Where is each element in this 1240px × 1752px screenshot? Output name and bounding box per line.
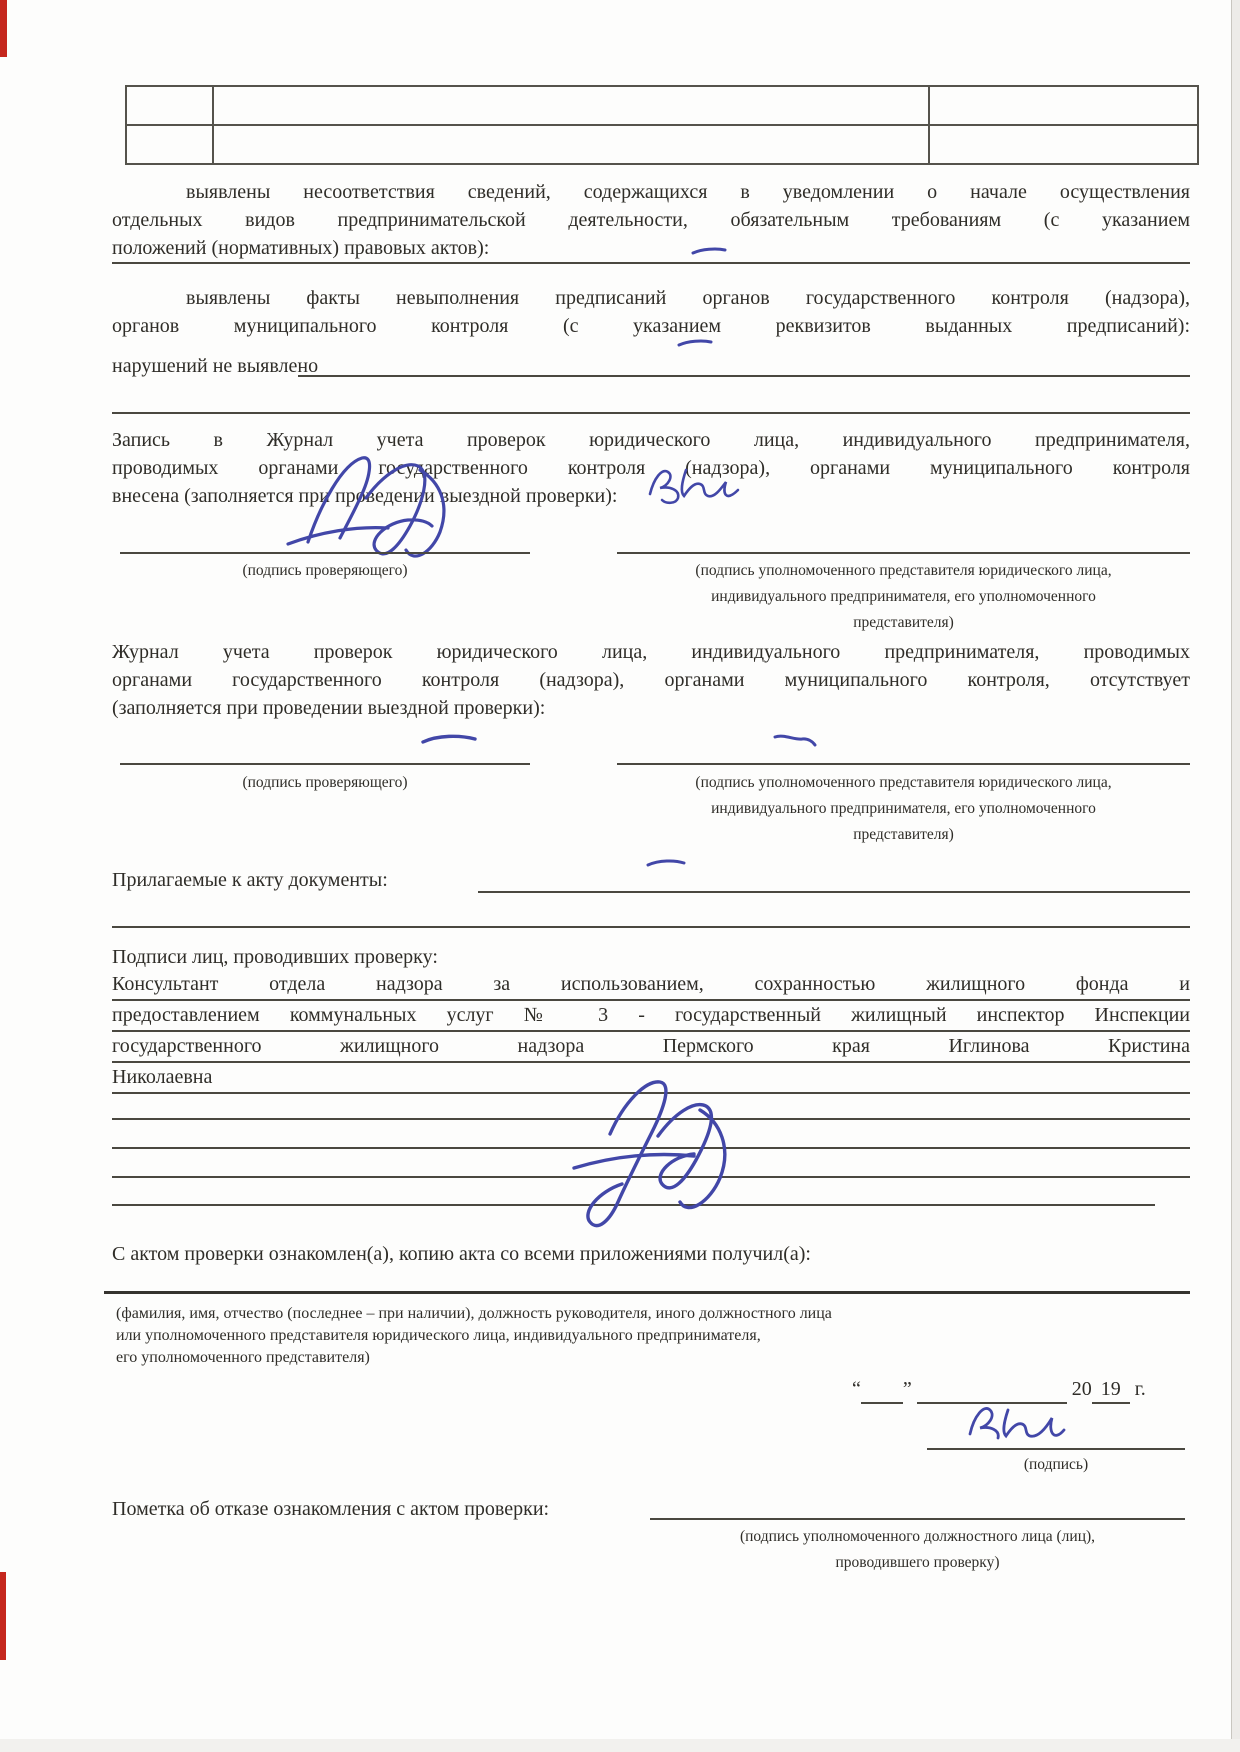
fio-rule-line	[104, 1291, 1190, 1294]
red-edge-mark-bottom	[0, 1572, 7, 1662]
year-value: 19	[1092, 1378, 1130, 1404]
acquainted-line: С актом проверки ознакомлен(а), копию ак…	[112, 1240, 811, 1268]
inspector-signature-caption: (подпись проверяющего)	[120, 558, 530, 584]
plain-signature-caption: (подпись)	[927, 1452, 1185, 1478]
inspector-name-line3: государственного жилищного надзора Пермс…	[112, 1032, 1190, 1063]
blank-form-line	[298, 375, 1190, 377]
handwritten-dash-5	[645, 856, 687, 870]
signature-line-representative	[617, 552, 1190, 554]
red-edge-mark-top	[0, 0, 8, 58]
signature-line-representative-2	[617, 763, 1190, 765]
handwritten-dash-4	[772, 731, 818, 749]
journal-absent-paragraph: Журнал учета проверок юридического лица,…	[112, 638, 1190, 722]
scanned-act-page: выявлены несоответствия сведений, содерж…	[0, 0, 1240, 1752]
journal-absent-line2: органами государственного контроля (надз…	[112, 666, 1190, 694]
handwritten-dash-2	[676, 336, 714, 350]
official-signature-caption: (подпись уполномоченного должностного ли…	[650, 1524, 1185, 1576]
representative-signature-caption: (подпись уполномоченного представителя ю…	[617, 558, 1190, 636]
signature-line-inspector-2	[120, 763, 530, 765]
open-quote: “	[852, 1378, 861, 1400]
table-row-divider	[127, 124, 1197, 126]
blank-form-line	[112, 412, 1190, 414]
blank-form-line	[478, 891, 1190, 893]
representative-signature-caption-2: (подпись уполномоченного представителя ю…	[617, 770, 1190, 848]
fio-caption: (фамилия, имя, отчество (последнее – при…	[116, 1303, 1016, 1369]
continuation-table	[125, 85, 1199, 165]
year-era: г.	[1135, 1378, 1146, 1400]
page-edge-shadow-right	[1231, 0, 1240, 1752]
year-century: 20	[1072, 1378, 1092, 1400]
attached-docs-label: Прилагаемые к акту документы:	[112, 866, 388, 894]
day-blank	[861, 1380, 903, 1404]
inspector-signature-large	[540, 1072, 780, 1237]
page-edge-shadow-bottom	[0, 1739, 1240, 1752]
findings-mismatch-line1: выявлены несоответствия сведений, содерж…	[112, 178, 1190, 206]
refusal-label: Пометка об отказе ознакомления с актом п…	[112, 1495, 549, 1523]
no-violations-value: нарушений не выявлено	[112, 352, 318, 380]
findings-noncompliance-line2: органов муниципального контроля (с указа…	[112, 312, 1190, 340]
inspector-signature-caption-2: (подпись проверяющего)	[120, 770, 530, 796]
inspector-name-line2: предоставлением коммунальных услуг № 3 -…	[112, 1001, 1190, 1032]
representative-signature-2	[958, 1396, 1073, 1451]
blank-form-line	[112, 262, 1190, 264]
representative-signature	[640, 460, 760, 508]
handwritten-dash-3	[420, 731, 478, 747]
blank-form-line	[112, 926, 1190, 928]
signature-line-plain	[927, 1448, 1185, 1450]
findings-noncompliance-line1: выявлены факты невыполнения предписаний …	[112, 284, 1190, 312]
journal-absent-line3: (заполняется при проведении выездной про…	[112, 694, 1190, 722]
inspector-name-line1: Консультант отдела надзора за использова…	[112, 970, 1190, 1001]
findings-mismatch-paragraph: выявлены несоответствия сведений, содерж…	[112, 178, 1190, 234]
signers-heading: Подписи лиц, проводивших проверку:	[112, 943, 438, 971]
handwritten-dash-1	[690, 244, 728, 258]
journal-absent-line1: Журнал учета проверок юридического лица,…	[112, 638, 1190, 666]
signature-line-inspector	[120, 552, 530, 554]
close-quote: ”	[903, 1378, 912, 1400]
findings-noncompliance-paragraph: выявлены факты невыполнения предписаний …	[112, 284, 1190, 340]
inspector-signature	[270, 446, 520, 566]
blank-form-line	[650, 1518, 1185, 1520]
findings-mismatch-line2: отдельных видов предпринимательской деят…	[112, 206, 1190, 234]
findings-mismatch-line3: положений (нормативных) правовых актов):	[112, 234, 1190, 262]
